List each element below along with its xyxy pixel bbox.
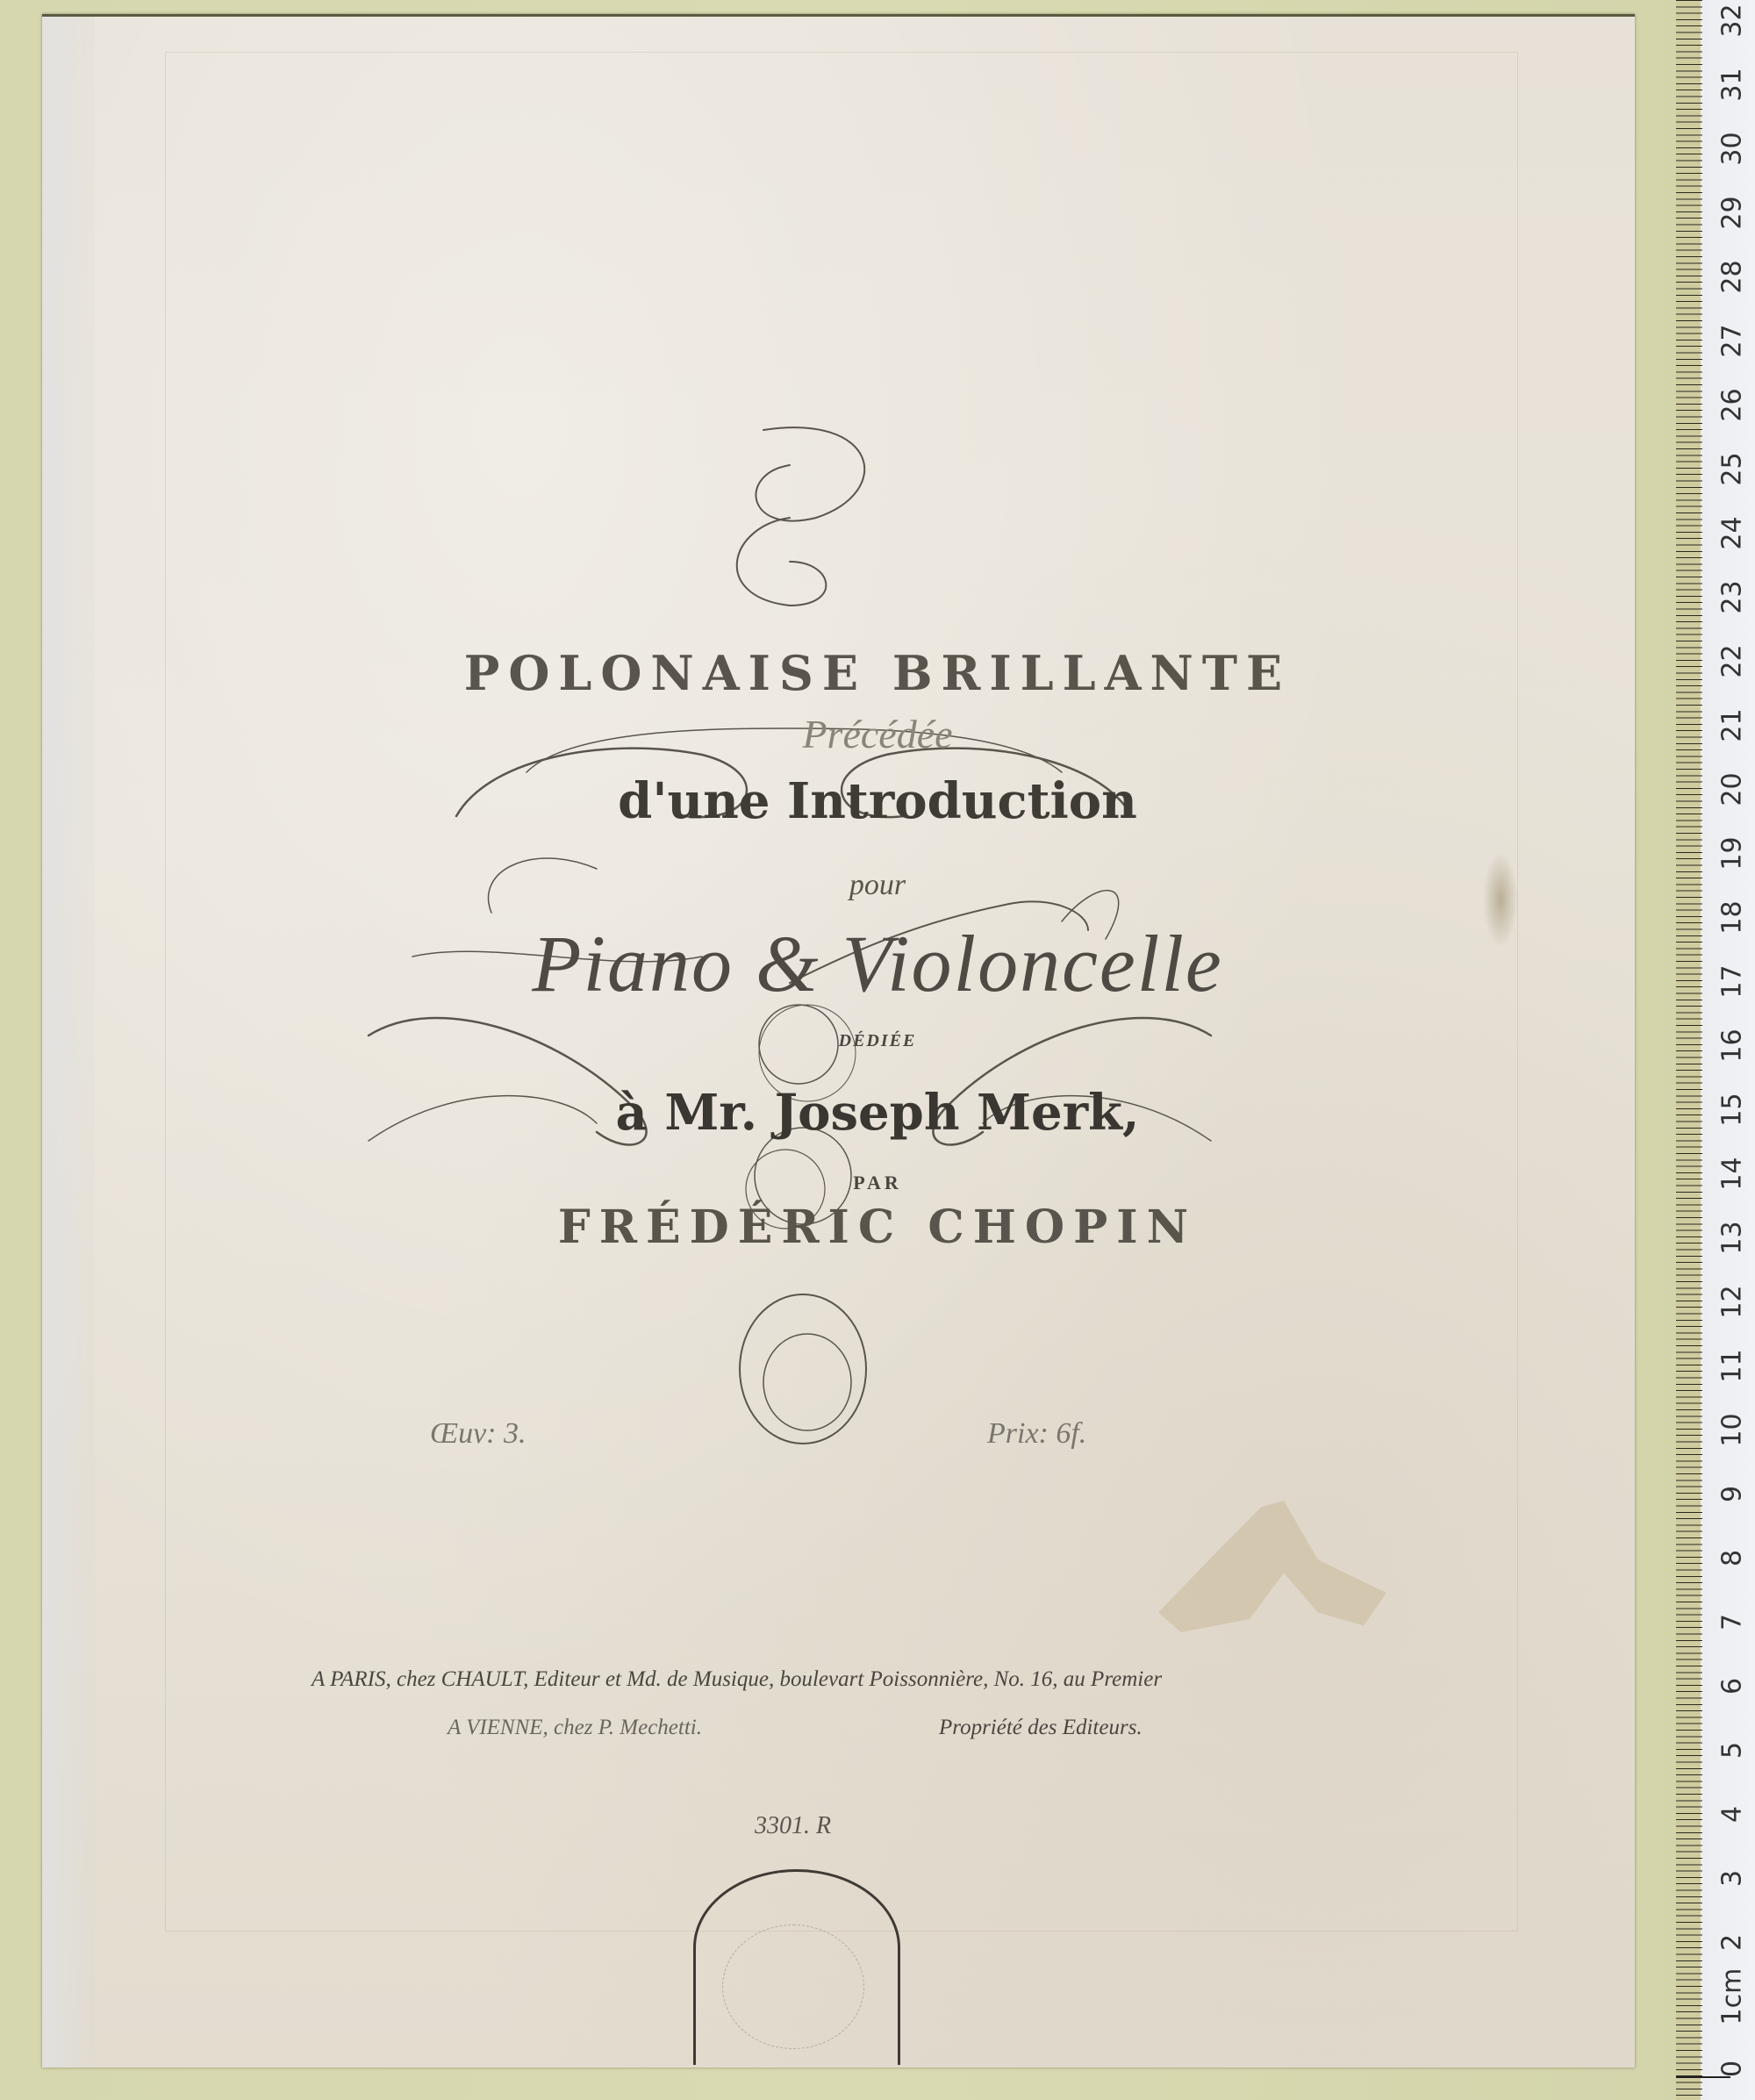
ruler-label: 2	[1717, 1925, 1748, 1960]
plate-number: 3301. R	[755, 1812, 831, 1840]
ruler-label: 1cm	[1717, 1990, 1748, 2025]
ruler-label: 18	[1717, 900, 1748, 935]
subtitle-precedee: Précédée	[0, 711, 1755, 757]
subtitle-introduction: d'une Introduction	[0, 772, 1755, 830]
ruler-label: 32	[1717, 4, 1748, 39]
ruler-label: 27	[1717, 324, 1748, 359]
library-stamp	[693, 1869, 900, 2065]
opus-number: Œuv: 3.	[430, 1417, 526, 1451]
ruler-label: 14	[1717, 1157, 1748, 1192]
ruler-major-tick	[1676, 2076, 1730, 2078]
ruler-label: 15	[1717, 1093, 1748, 1128]
ruler-label: 10	[1717, 1413, 1748, 1448]
ruler-label: 6	[1717, 1669, 1748, 1704]
ruler-label: 4	[1717, 1797, 1748, 1832]
ruler-label: 12	[1717, 1285, 1748, 1320]
ruler-label-0: 0	[1717, 2052, 1748, 2087]
imprint-vienne: A VIENNE, chez P. Mechetti.	[448, 1716, 702, 1740]
instrumentation: Piano & Violoncelle	[0, 917, 1755, 1010]
ruler-ticks	[1676, 0, 1702, 2100]
ruler-label: 8	[1717, 1541, 1748, 1576]
ruler-label: 5	[1717, 1733, 1748, 1768]
ruler-label: 17	[1717, 964, 1748, 1000]
ruler-label: 22	[1717, 644, 1748, 679]
ruler-label: 28	[1717, 260, 1748, 295]
stamp-inner-ring	[722, 1924, 864, 2049]
ruler-label: 19	[1717, 836, 1748, 871]
ruler-label: 23	[1717, 580, 1748, 615]
ruler-label: 9	[1717, 1477, 1748, 1512]
ruler-label: 24	[1717, 516, 1748, 551]
ruler-label: 3	[1717, 1861, 1748, 1896]
property-notice: Propriété des Editeurs.	[939, 1716, 1143, 1740]
by-label: PAR	[0, 1172, 1755, 1194]
dedicatee: à Mr. Joseph Merk,	[0, 1084, 1755, 1142]
ruler-label: 11	[1717, 1349, 1748, 1384]
ruler-label: 13	[1717, 1221, 1748, 1256]
dedication-label: DÉDIÉE	[0, 1031, 1755, 1051]
ruler-label: 16	[1717, 1028, 1748, 1064]
imprint-paris: A PARIS, chez CHAULT, Editeur et Md. de …	[312, 1667, 1162, 1692]
ruler-label: 31	[1717, 68, 1748, 103]
composer-name: FRÉDÉRIC CHOPIN	[0, 1201, 1755, 1254]
ruler-label: 26	[1717, 388, 1748, 423]
ruler-label: 7	[1717, 1605, 1748, 1640]
ruler-label: 21	[1717, 708, 1748, 743]
measurement-ruler: 0 1cm 2 3 4 5 6 7 8 9 10 11 12 13 14 15 …	[1676, 0, 1755, 2100]
pour-label: pour	[0, 869, 1755, 902]
ruler-label: 29	[1717, 196, 1748, 231]
ruler-label: 30	[1717, 132, 1748, 167]
ruler-label: 20	[1717, 772, 1748, 807]
title-polonaise-brillante: POLONAISE BRILLANTE	[0, 645, 1755, 701]
price: Prix: 6f.	[987, 1417, 1086, 1451]
ruler-label: 25	[1717, 452, 1748, 487]
